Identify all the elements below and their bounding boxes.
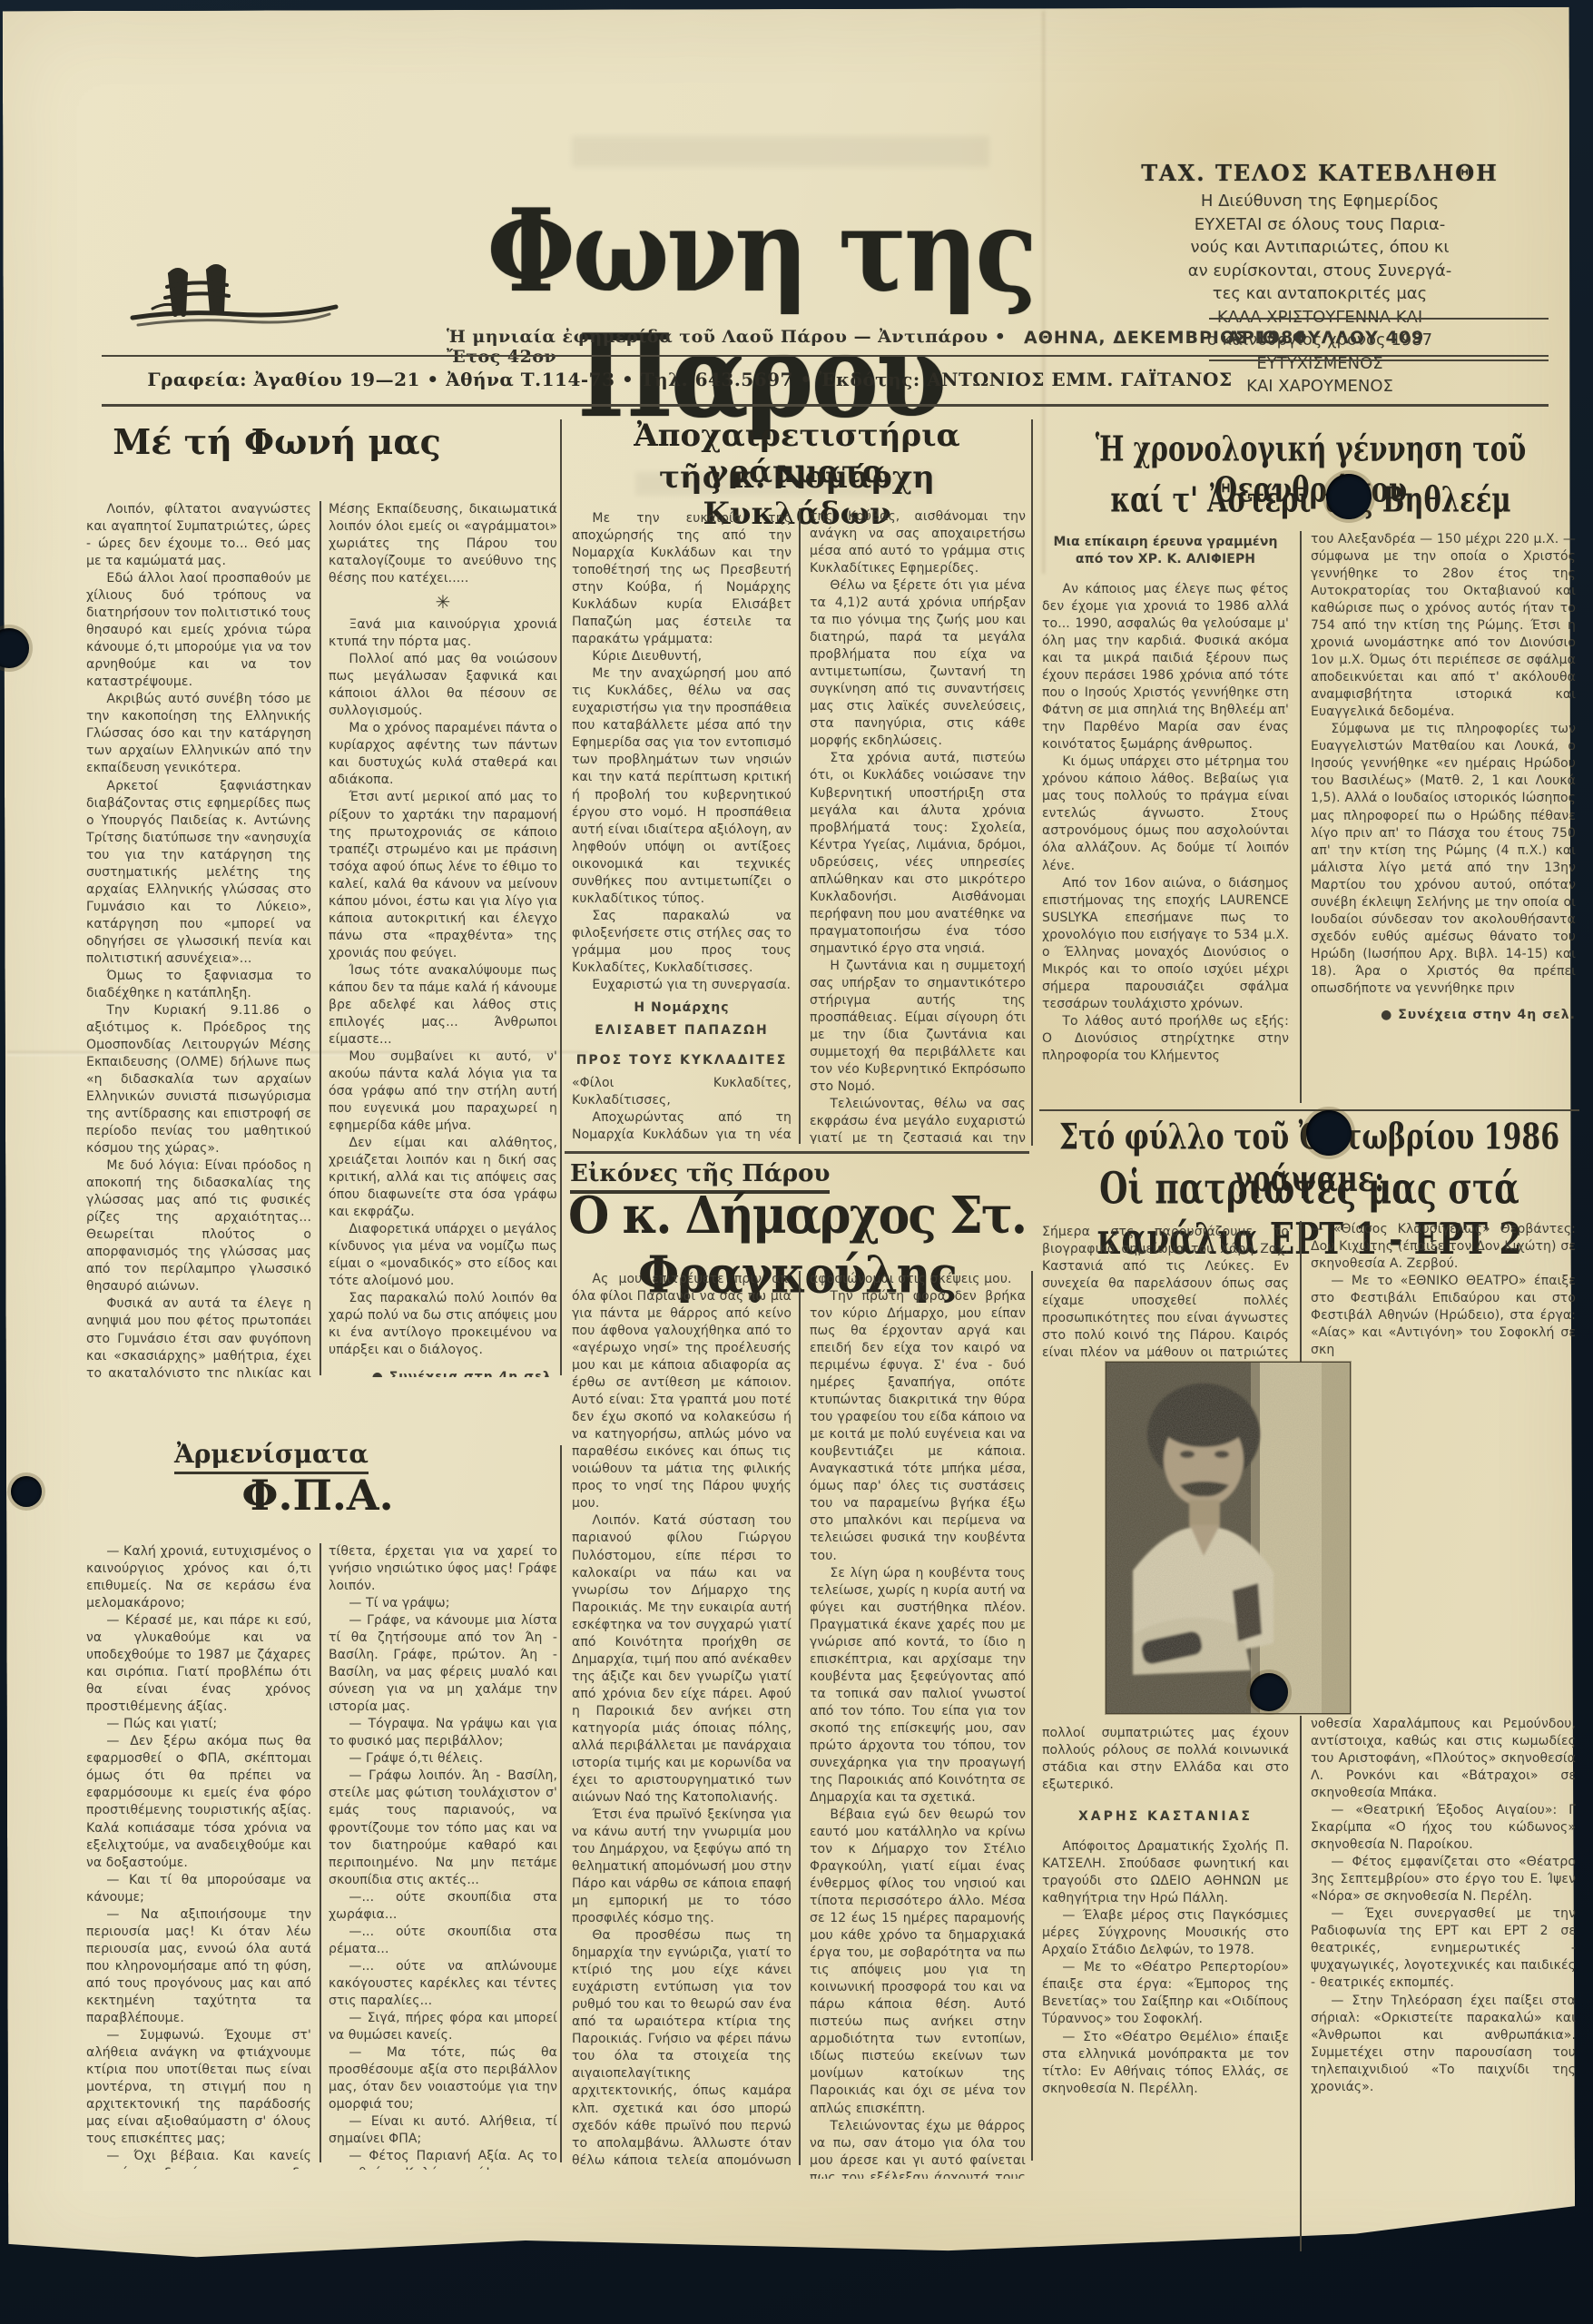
farewell-column-1-text: Με την ευκαιρία της αποχώρησής της από τ… — [572, 510, 792, 994]
mayor-column-1: Ας μου επιτρέψετε πριν απ' όλα φίλοι Παρ… — [572, 1271, 792, 2165]
farewell-column-1-text: «Φίλοι Κυκλαδίτες, Κυκλαδίτισσες,Αποχωρώ… — [572, 1075, 792, 1144]
signature-role: Η Νομάρχης — [572, 1000, 792, 1017]
letter-heading: ΠΡΟΣ ΤΟΥΣ ΚΥΚΛΑΔΙΤΕΣ — [572, 1052, 792, 1069]
newspaper-scan-page: Φωνη της Παρου Ἡ μηνιαία ἐφημερίδα τοῦ Λ… — [0, 0, 1593, 2324]
ert-column-1-text: πολλοί συμπατριώτες μας έχουν πολλούς ρό… — [1042, 1725, 1289, 1794]
continued-on-page-note: ● Συνέχεια στη 4η σελ. — [329, 1369, 557, 1378]
kastanias-name-heading: ΧΑΡΗΣ ΚΑΣΤΑΝΙΑΣ — [1042, 1808, 1289, 1826]
chronology-column-1: Αν κάποιος μας έλεγε πως φέτος δεν έχομε… — [1042, 581, 1289, 1103]
section-divider — [560, 1445, 562, 2162]
show-through-ghost — [572, 136, 989, 167]
postal-fee-notice: ΤΑΧ. ΤΕΛΟΣ ΚΑΤΕΒΛΗΘΗ Η Διεύθυνση της Εφη… — [1089, 160, 1550, 399]
section-divider — [1031, 1271, 1033, 2161]
chronology-column-2-text: του Αλεξανδρέα — 150 μέχρι 220 μ.Χ. — σύ… — [1311, 531, 1576, 998]
fpa-headline: Φ.Π.Α. — [82, 1471, 554, 1520]
masthead-subtitle: Ἡ μηνιαία ἐφημερίδα τοῦ Λαοῦ Πάρου — Ἀντ… — [447, 327, 1032, 367]
masthead-rule — [102, 355, 1549, 357]
mayor-column-2: αφοσιώνομαι στις σκέψεις μου.Την πρώτη φ… — [810, 1271, 1026, 2179]
fpa-column-2: τίθετα, έρχεται για να χαρεί το γνήσιο ν… — [329, 1543, 557, 2170]
ert-column-1-top: Σήμερα στς παρουσιάζουμε το βιογραφικό σ… — [1042, 1224, 1289, 1360]
chronology-headline-line2: καί τ' Ἀστέρι τῆς Βηθλεέμ — [1039, 479, 1582, 520]
mayor-column-2-text: αφοσιώνομαι στις σκέψεις μου.Την πρώτη φ… — [810, 1271, 1026, 2179]
fpa-column-1: — Καλή χρονιά, ευτυχισμένος ο καινούργιο… — [86, 1543, 311, 2170]
farewell-column-1: Με την ευκαιρία της αποχώρησής της από τ… — [572, 510, 792, 1144]
signature-name: ΕΛΙΣΑΒΕΤ ΠΑΠΑΖΩΗ — [572, 1022, 792, 1039]
column-divider — [320, 1543, 321, 2162]
chronology-column-2: του Αλεξανδρέα — 150 μέχρι 220 μ.Χ. — σύ… — [1311, 531, 1576, 1108]
rule — [1209, 359, 1549, 361]
postal-fee-title: ΤΑΧ. ΤΕΛΟΣ ΚΑΤΕΒΛΗΘΗ — [1089, 160, 1550, 186]
column-divider — [1300, 531, 1302, 1103]
voice-article-headline: Μέ τή Φωνή μας — [82, 421, 472, 462]
holiday-greeting-text: Η Διεύθυνση της ΕφημερίδοςΕΥΧΕΤΑΙ σε όλο… — [1089, 190, 1550, 399]
continued-on-page-note: ● Συνέχεια στην 4η σελ. — [1311, 1007, 1576, 1024]
column-divider — [320, 501, 321, 1375]
ert-column-1-text: Απόφοιτος Δραματικής Σχολής Π. ΚΑΤΣΕΛΗ. … — [1042, 1838, 1289, 2097]
column-divider — [799, 1271, 801, 2165]
punch-hole — [1326, 474, 1372, 519]
fpa-column-2-text: τίθετα, έρχεται για να χαρεί το γνήσιο ν… — [329, 1543, 557, 2170]
column-divider — [1300, 1716, 1302, 2251]
column-divider — [799, 508, 801, 1144]
voice-article-column-1: Λοιπόν, φίλτατοι αναγνώστες και αγαπητοί… — [86, 501, 311, 1377]
section-rule — [1039, 1109, 1579, 1111]
ert-column-2-bottom: νοθεσία Χαραλάμπους και Ρεμούνδου, αντίσ… — [1311, 1716, 1576, 2251]
armenismata-kicker: Ἀρμενίσματα — [174, 1439, 369, 1474]
voice-article-column-2: Μέσης Εκπαίδευσης, δικαιωματικά λοιπόν ό… — [329, 501, 557, 1377]
voice-column-2-text: Ξανά μια καινούργια χρονιά κτυπά την πόρ… — [329, 616, 557, 1359]
punch-hole — [1306, 1110, 1352, 1156]
photo-charis-kastanias — [1106, 1362, 1351, 1714]
punch-hole — [1250, 1673, 1288, 1711]
section-divider — [1031, 419, 1033, 1146]
ert-column-1-bottom: πολλοί συμπατριώτες μας έχουν πολλούς ρό… — [1042, 1725, 1289, 2251]
masthead-rule — [102, 404, 1549, 407]
section-rule — [565, 1151, 1029, 1154]
rule — [1209, 318, 1549, 320]
chronology-byline: Μια επίκαιρη έρευνα γραμμένη από τον ΧΡ.… — [1044, 534, 1287, 574]
farewell-column-2: της Κούβας, αισθάνομαι την ανάγκη να σας… — [810, 508, 1026, 1144]
offices-publisher-line: Γραφεία: Ἀγαθίου 19—21 • Ἀθήνα Τ.114-73 … — [127, 369, 1253, 390]
voice-column-2-text: Μέσης Εκπαίδευσης, δικαιωματικά λοιπόν ό… — [329, 501, 557, 587]
punch-hole — [11, 1476, 42, 1507]
star-separator-icon: ✳ — [329, 591, 557, 613]
